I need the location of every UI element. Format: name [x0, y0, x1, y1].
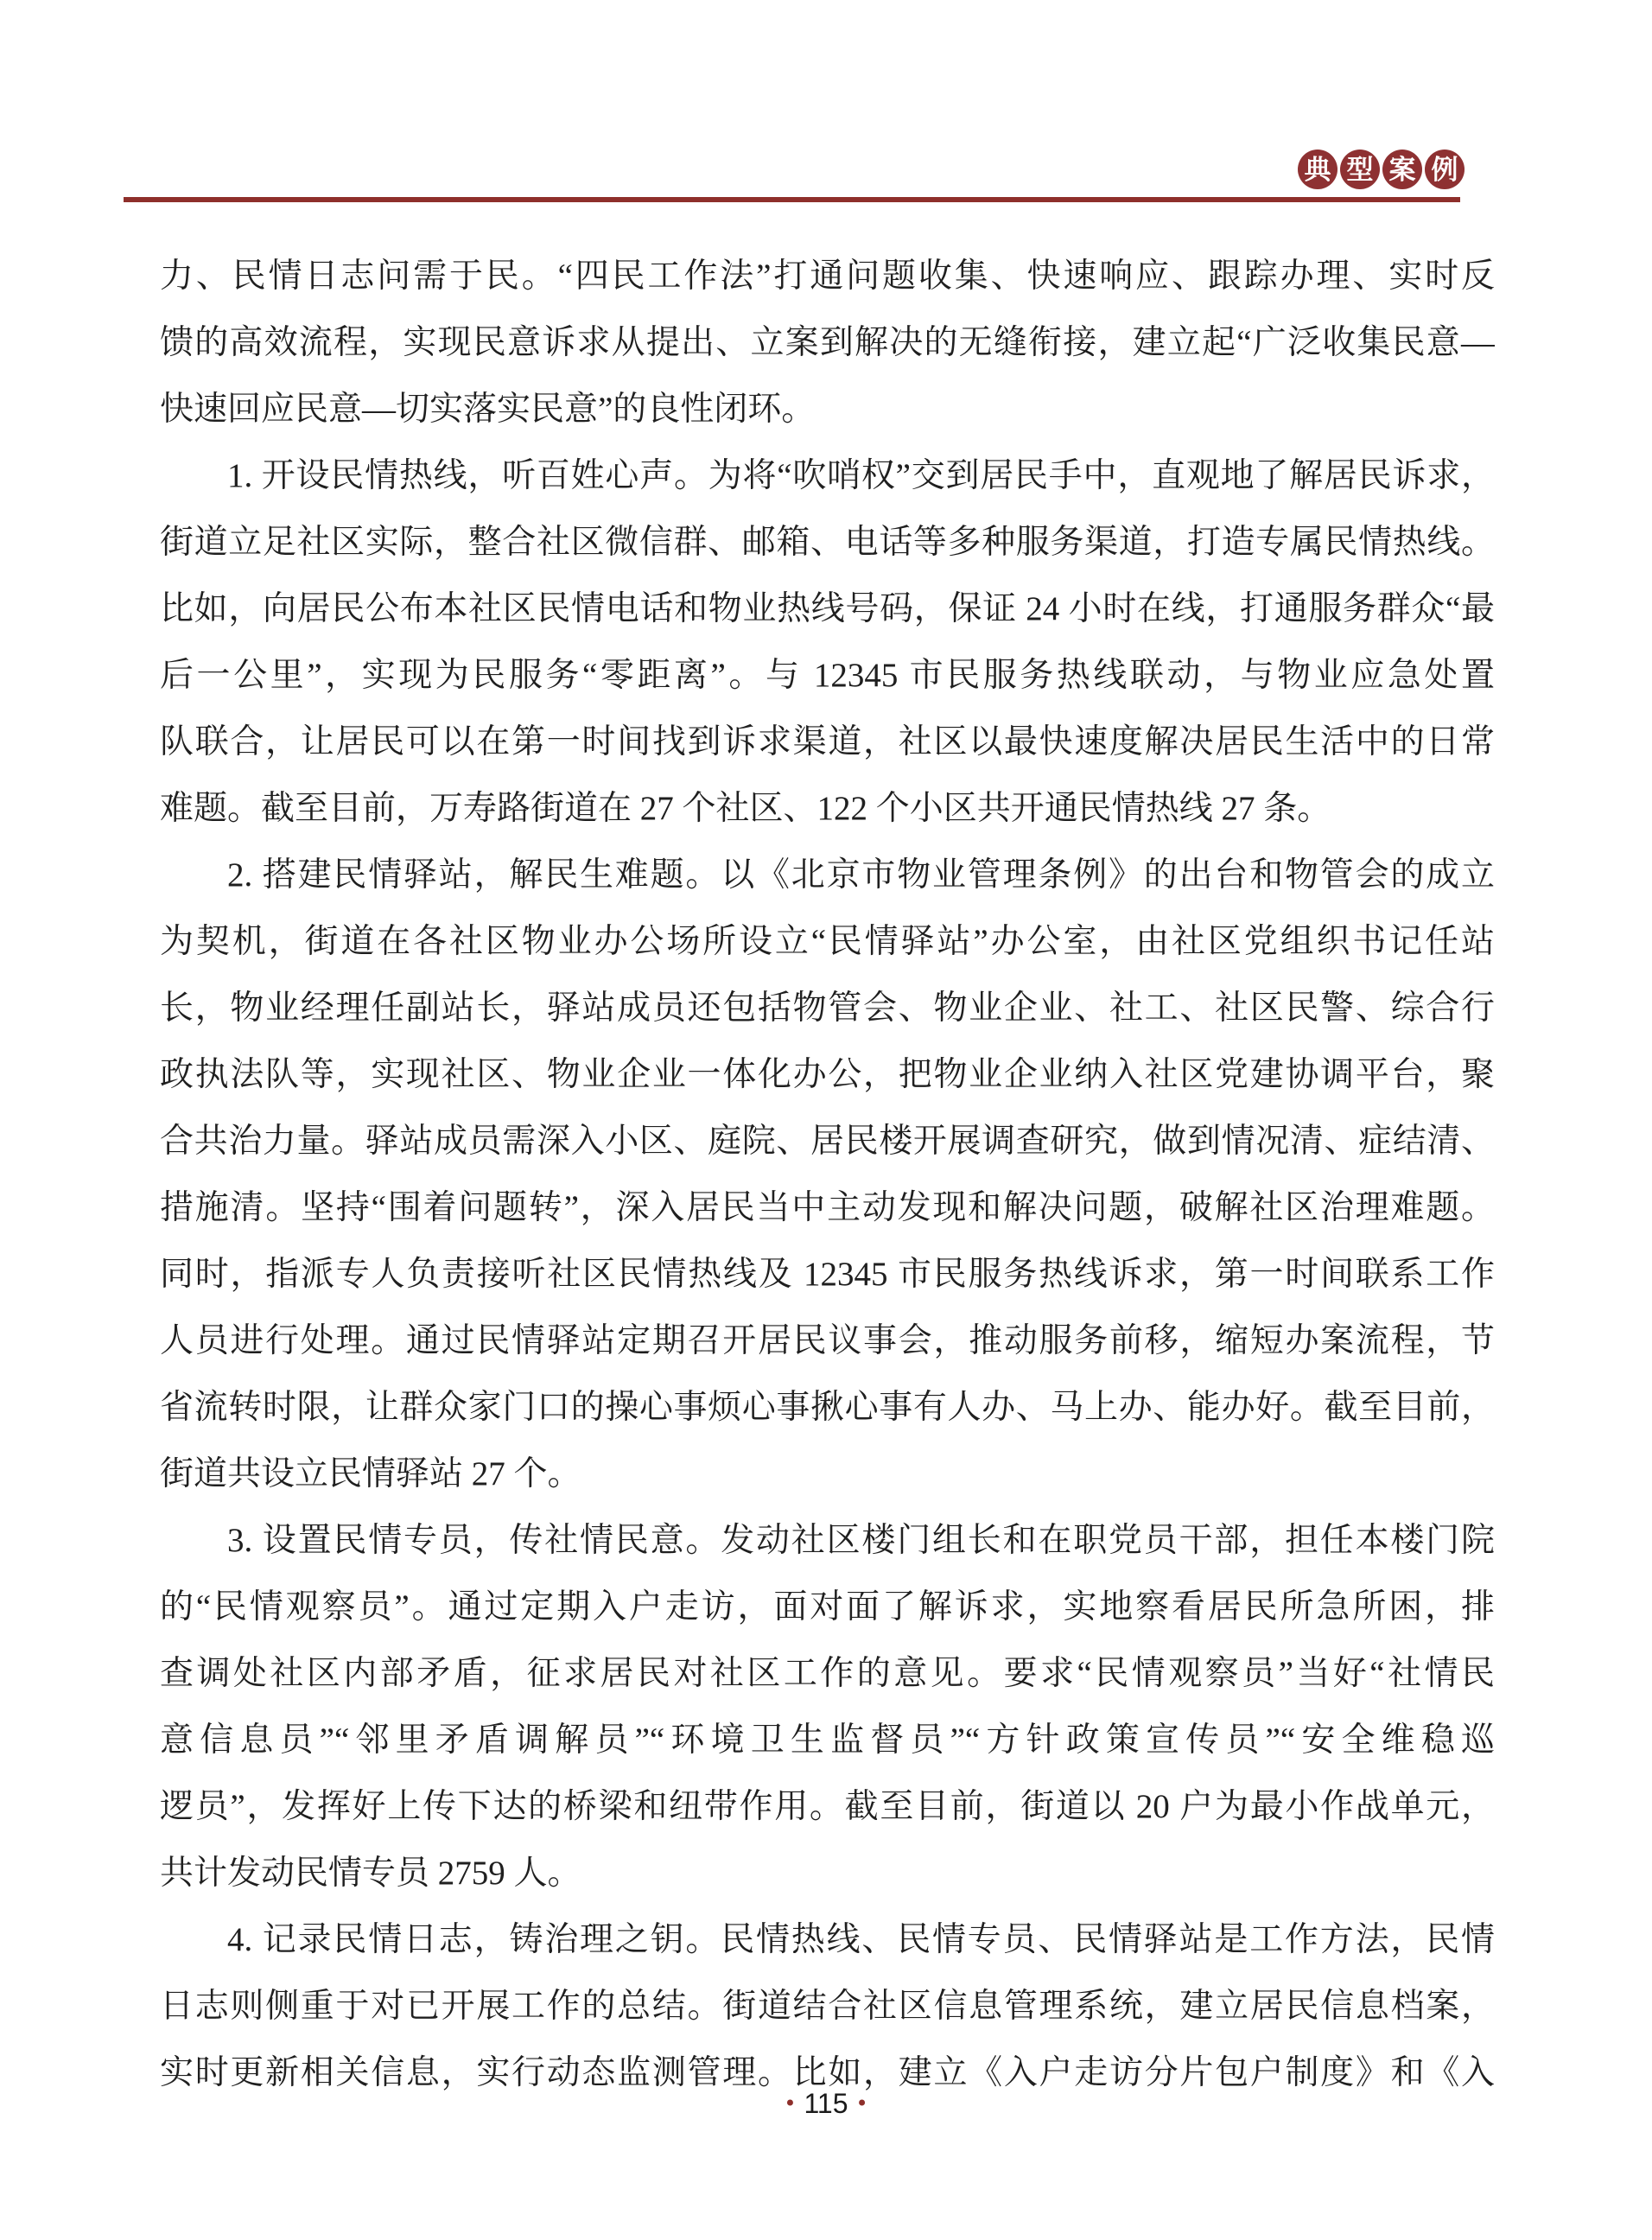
page-number-value: 115 [804, 2088, 848, 2119]
text-line: 快速回应民意—切实落实民意”的良性闭环。 [160, 376, 1495, 442]
text-line: 意信息员”“邻里矛盾调解员”“环境卫生监督员”“方针政策宣传员”“安全维稳巡 [160, 1707, 1495, 1773]
text-line: 共计发动民情专员 2759 人。 [160, 1840, 1495, 1906]
badge-char-circle: 型 [1340, 150, 1380, 189]
text-line: 的“民情观察员”。通过定期入户走访，面对面了解诉求，实地察看居民所急所困，排 [160, 1574, 1495, 1640]
text-line: 后一公里”，实现为民服务“零距离”。与 12345 市民服务热线联动，与物业应急… [160, 642, 1495, 709]
text-line: 日志则侧重于对已开展工作的总结。街道结合社区信息管理系统，建立居民信息档案， [160, 1973, 1495, 2040]
text-line: 力、民情日志问需于民。“四民工作法”打通问题收集、快速响应、跟踪办理、实时反 [160, 243, 1495, 309]
document-page: 典 型 案 例 力、民情日志问需于民。“四民工作法”打通问题收集、快速响应、跟踪… [0, 0, 1652, 2240]
text-line: 合共治力量。驿站成员需深入小区、庭院、居民楼开展调查研究，做到情况清、症结清、 [160, 1108, 1495, 1174]
badge-char-circle: 典 [1298, 150, 1337, 189]
body-text: 力、民情日志问需于民。“四民工作法”打通问题收集、快速响应、跟踪办理、实时反馈的… [160, 243, 1495, 2106]
text-line: 4. 记录民情日志，铸治理之钥。民情热线、民情专员、民情驿站是工作方法，民情 [160, 1906, 1495, 1973]
text-line: 2. 搭建民情驿站，解民生难题。以《北京市物业管理条例》的出台和物管会的成立 [160, 842, 1495, 908]
text-line: 比如，向居民公布本社区民情电话和物业热线号码，保证 24 小时在线，打通服务群众… [160, 576, 1495, 642]
text-line: 馈的高效流程，实现民意诉求从提出、立案到解决的无缝衔接，建立起“广泛收集民意— [160, 309, 1495, 376]
badge-char-circle: 案 [1382, 150, 1422, 189]
text-line: 同时，指派专人负责接听社区民情热线及 12345 市民服务热线诉求，第一时间联系… [160, 1241, 1495, 1308]
text-line: 1. 开设民情热线，听百姓心声。为将“吹哨权”交到居民手中，直观地了解居民诉求， [160, 442, 1495, 509]
text-line: 为契机，街道在各社区物业办公场所设立“民情驿站”办公室，由社区党组织书记任站 [160, 908, 1495, 975]
text-line: 长，物业经理任副站长，驿站成员还包括物管会、物业企业、社工、社区民警、综合行 [160, 975, 1495, 1041]
text-line: 查调处社区内部矛盾，征求居民对社区工作的意见。要求“民情观察员”当好“社情民 [160, 1640, 1495, 1707]
header-badge: 典 型 案 例 [1298, 150, 1465, 189]
text-line: 措施清。坚持“围着问题转”，深入居民当中主动发现和解决问题，破解社区治理难题。 [160, 1174, 1495, 1241]
header-rule [124, 197, 1460, 202]
text-line: 政执法队等，实现社区、物业企业一体化办公，把物业企业纳入社区党建协调平台，聚 [160, 1041, 1495, 1108]
text-line: 难题。截至目前，万寿路街道在 27 个社区、122 个小区共开通民情热线 27 … [160, 775, 1495, 842]
page-number: •115• [0, 2084, 1652, 2122]
text-line: 逻员”，发挥好上传下达的桥梁和纽带作用。截至目前，街道以 20 户为最小作战单元… [160, 1773, 1495, 1840]
text-line: 队联合，让居民可以在第一时间找到诉求渠道，社区以最快速度解决居民生活中的日常 [160, 709, 1495, 775]
badge-char-circle: 例 [1425, 150, 1465, 189]
text-line: 3. 设置民情专员，传社情民意。发动社区楼门组长和在职党员干部，担任本楼门院 [160, 1507, 1495, 1574]
text-line: 街道立足社区实际，整合社区微信群、邮箱、电话等多种服务渠道，打造专属民情热线。 [160, 509, 1495, 576]
page-number-right-dot: • [856, 2091, 868, 2116]
text-line: 街道共设立民情驿站 27 个。 [160, 1441, 1495, 1507]
page-number-left-dot: • [784, 2091, 796, 2116]
text-line: 人员进行处理。通过民情驿站定期召开居民议事会，推动服务前移，缩短办案流程，节 [160, 1308, 1495, 1374]
text-line: 省流转时限，让群众家门口的操心事烦心事揪心事有人办、马上办、能办好。截至目前， [160, 1374, 1495, 1441]
